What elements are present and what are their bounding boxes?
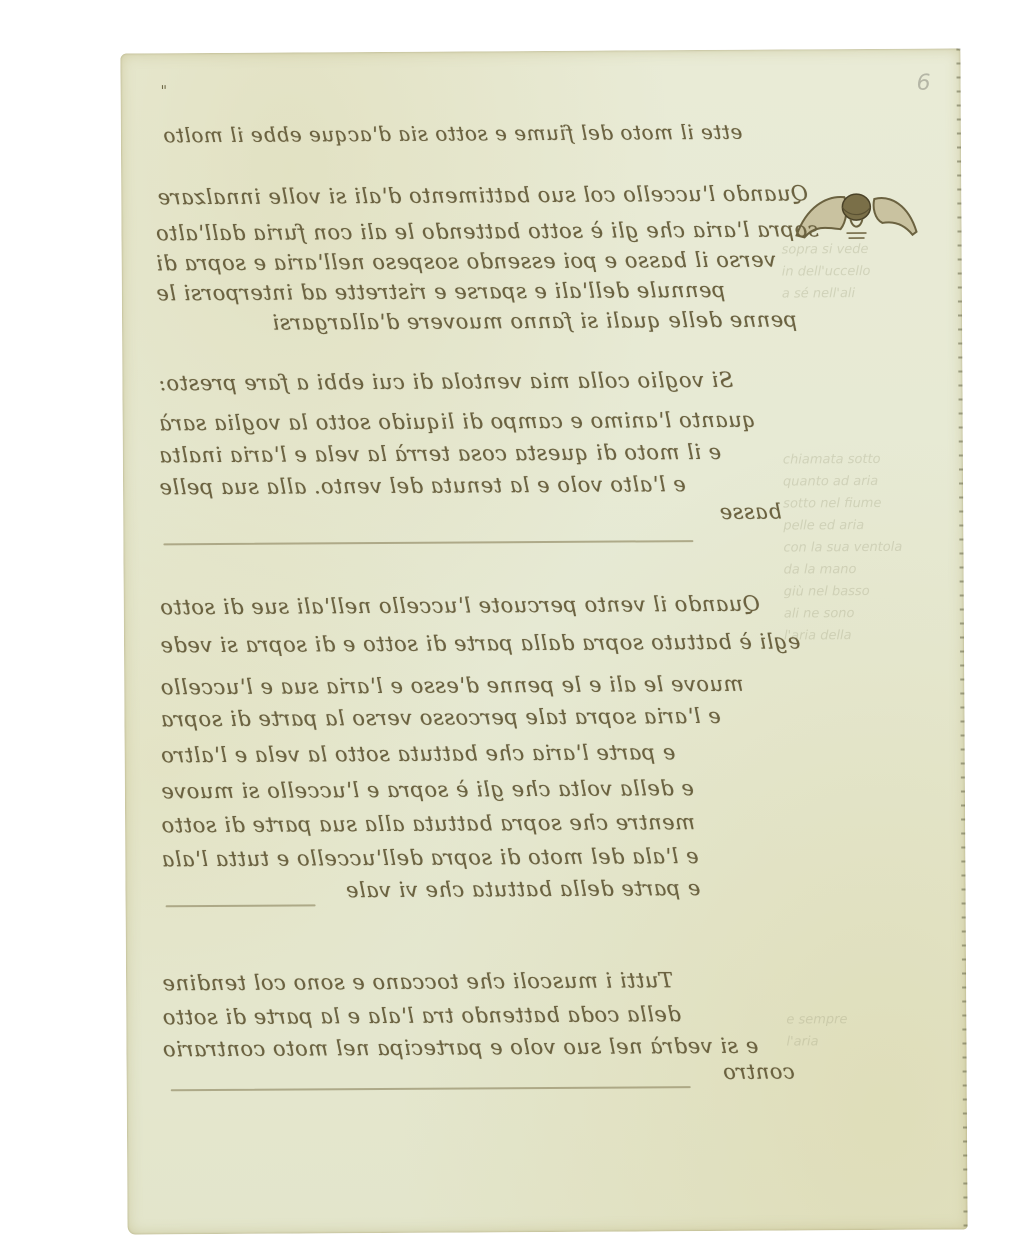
section-divider — [171, 1086, 691, 1091]
paragraph-4: Tutti i muscoli che toccano e sono col t… — [120, 48, 960, 53]
text-line: verso il basso e poi essendo sospeso nel… — [156, 248, 776, 276]
text-line: e l'aria sopra tale percosso verso la pa… — [160, 704, 720, 731]
text-line: Quando l'uccello col suo battimento d'al… — [157, 181, 808, 209]
text-line: penne delle quali si fanno muovere d'all… — [272, 307, 797, 334]
text-line: della coda battendo tra l'ala e la parte… — [162, 1002, 681, 1029]
bleed-through-text: e sempre l'aria — [786, 1008, 956, 1053]
paragraph-2: Si voglio colla mia ventola di cui ebbi … — [120, 48, 960, 53]
bleed-through-text: sopra si vede in dell'uccello a sé nell'… — [782, 239, 952, 306]
text-line: Si voglio colla mia ventola di cui ebbi … — [158, 368, 733, 396]
text-line: e si vedrà nel suo volo e partecipa nel … — [162, 1034, 758, 1062]
text-line: quanto l'animo e campo di liquido sotto … — [159, 408, 756, 436]
text-line: sopra l'aria che gli è sotto battendo le… — [155, 217, 818, 245]
text-line: muove le ali e le penne d'esso e l'aria … — [160, 672, 743, 700]
text-line: Tutti i muscoli che toccano e sono col t… — [162, 968, 673, 995]
text-line: e il moto di questa cosa terrà la vela e… — [159, 440, 721, 467]
paragraph-3: Quando il vento percuote l'uccello nell'… — [120, 48, 960, 53]
section-divider — [163, 540, 693, 545]
text-line: mentre che sopra battuta alla sua parte … — [161, 810, 695, 837]
text-line: e l'alto volo e la tenuta del vento. all… — [159, 472, 686, 499]
text-line: e parte l'aria che battuta sotto la vela… — [161, 740, 676, 767]
text-line: contro — [723, 1059, 795, 1083]
bleed-through-text: chiamata sotto quanto ad aria sotto nel … — [783, 448, 954, 647]
text-line: pennule dell'ali e sparse e ristrette ad… — [156, 278, 726, 305]
text-line: basse — [719, 500, 782, 524]
text-line: egli è battuto sopra dalla parte di sott… — [160, 629, 800, 657]
paragraph-1: Quando l'uccello col suo battimento d'al… — [120, 48, 960, 53]
text-line: e l'ala del moto di sopra dell'uccello e… — [161, 844, 698, 871]
manuscript-page: " 6 sopra si vede in dell'uccello a sé n… — [120, 48, 967, 1234]
text-line: e della volta che gli è sopra e l'uccell… — [161, 776, 694, 803]
heading-line: ette il moto del fiume e sotto sia d'acq… — [163, 120, 743, 148]
section-divider — [166, 904, 316, 907]
corner-mark: " — [161, 83, 168, 99]
text-line: Quando il vento percuote l'uccello nell'… — [160, 592, 760, 620]
folio-number: 6 — [917, 71, 931, 96]
text-line: e parte della battuta che vi vale — [345, 876, 700, 902]
